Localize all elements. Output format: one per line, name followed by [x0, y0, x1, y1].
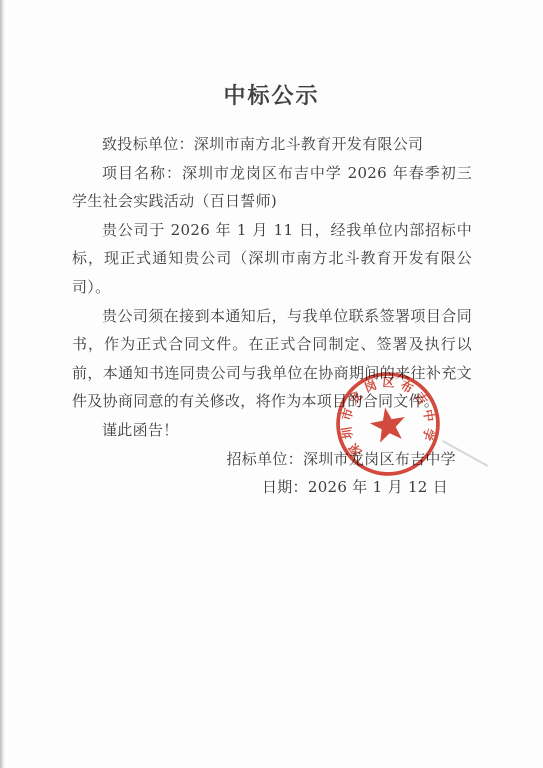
- document-page: 中标公示 致投标单位：深圳市南方北斗教育开发有限公司 项目名称：深圳市龙岗区布吉…: [0, 0, 543, 768]
- signature-date-line: 日期：2026 年 1 月 12 日: [72, 473, 472, 502]
- document-title: 中标公示: [0, 79, 543, 110]
- award-notice-paragraph: 贵公司于 2026 年 1 月 11 日，经我单位内部招标中标，现正式通知贵公司…: [72, 216, 472, 302]
- project-name-paragraph: 项目名称：深圳市龙岗区布吉中学 2026 年春季初三学生社会实践活动（百日誓师): [72, 159, 472, 216]
- seal-star-icon: [368, 404, 409, 443]
- scan-edge-artifact: [0, 0, 5, 768]
- recipient-line: 致投标单位：深圳市南方北斗教育开发有限公司: [72, 130, 472, 159]
- official-seal-stamp: 深圳市龙岗区布吉中学: [323, 359, 453, 489]
